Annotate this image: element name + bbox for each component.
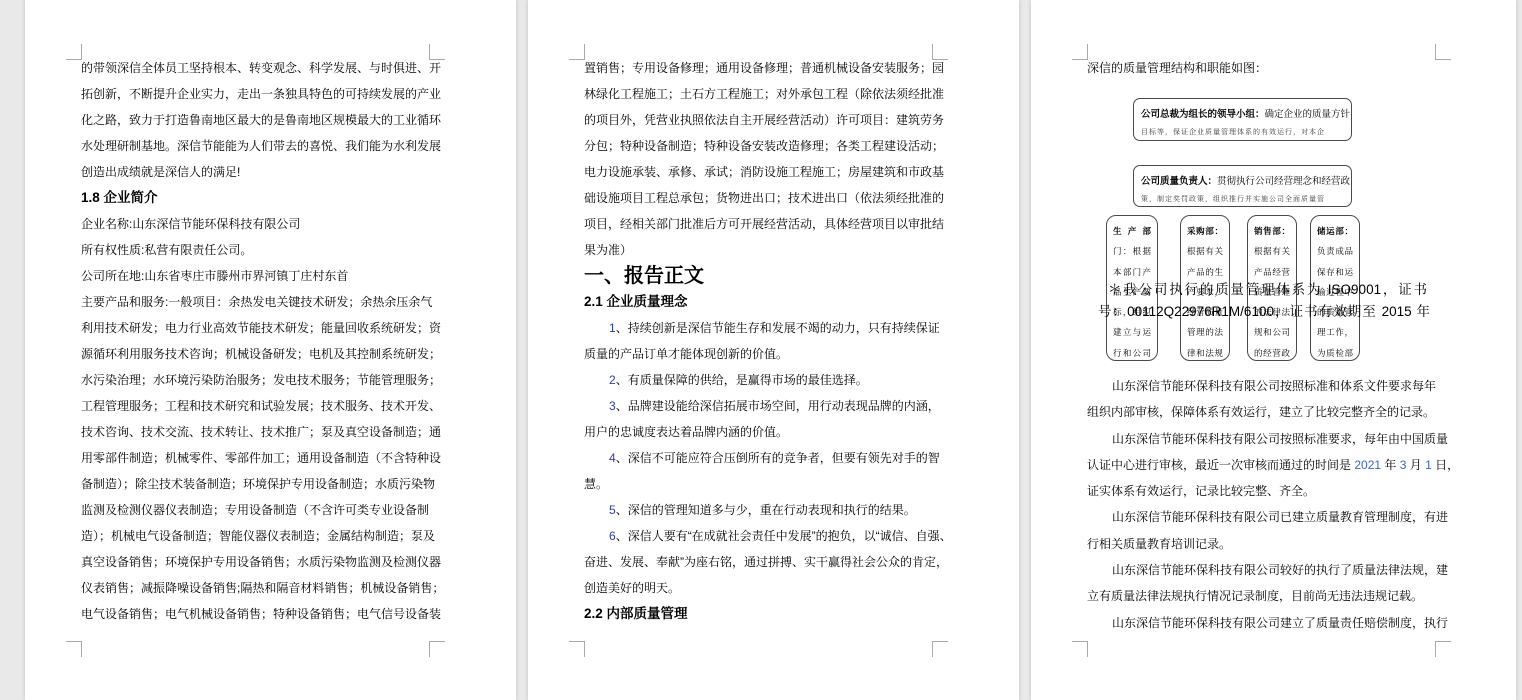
text-line[interactable]: 1.8 企业简介 <box>81 185 429 211</box>
text-line[interactable]: 2、有质量保障的供给，是赢得市场的最佳选择。 <box>584 367 932 393</box>
text-line[interactable]: 水处理研制基地。深信节能能为人们带去的喜悦、我们能为水利发展 <box>81 133 429 159</box>
margin-crop-mark <box>1435 641 1451 657</box>
text-line[interactable]: 质量的产品订单才能体现创新的价值。 <box>584 341 932 367</box>
text-line[interactable]: 创造美好的明天。 <box>584 575 932 601</box>
page-2-text: 置销售；专用设备修理；通用设备修理；普通机械设备安装服务；园林绿化工程施工；土石… <box>584 55 932 627</box>
text-line[interactable]: 3、品牌建设能给深信拓展市场空间，用行动表现品牌的内涵， <box>584 393 932 419</box>
quality-manager-title: 公司质量负责人： <box>1141 177 1217 187</box>
document-page-2[interactable]: 置销售；专用设备修理；通用设备修理；普通机械设备安装服务；园林绿化工程施工；土石… <box>528 0 1019 700</box>
text-line[interactable]: 企业名称:山东深信节能环保科技有限公司 <box>81 211 429 237</box>
text-line[interactable]: 主要产品和服务:一般项目：余热发电关键技术研发；余热余压余气 <box>81 289 429 315</box>
text-line[interactable]: 创造出成绩就是深信人的满足! <box>81 159 429 185</box>
text-segment: 、深信人要有“在成就社会责任中发展”的抱负，以“诚信、自强、 <box>616 529 952 543</box>
text-line[interactable]: 4、深信不可能应符合压倒所有的竞争者，但要有领先对手的智 <box>584 445 932 471</box>
text-segment: 月 <box>1406 458 1425 472</box>
margin-crop-mark <box>429 44 445 60</box>
text-line[interactable]: 组织内部审核，保障体系有效运行，建立了比较完整齐全的记录。 <box>1087 399 1435 425</box>
document-page-3[interactable]: 深信的质量管理结构和职能如图： 公司总裁为组长的领导小组：确定企业的质量方针与 … <box>1031 0 1516 700</box>
text-line[interactable]: 山东深信节能环保科技有限公司按照标准要求，每年由中国质量 <box>1087 426 1435 452</box>
text-line[interactable]: 2.2 内部质量管理 <box>584 601 932 627</box>
margin-crop-mark <box>66 44 82 60</box>
text-line[interactable]: 奋进、发展、奉献”为座右铭，通过拼搏、实干赢得社会公众的肯定， <box>584 549 932 575</box>
text-line[interactable]: 行和公司 <box>1113 343 1151 361</box>
text-line[interactable]: 造）；机械电气设备制造；智能仪器仪表制造；金属结构制造；泵及 <box>81 523 429 549</box>
margin-crop-mark <box>66 641 82 657</box>
text-line[interactable]: 所有权性质:私营有限责任公司。 <box>81 237 429 263</box>
text-segment: 日， <box>1432 458 1459 472</box>
diagram-caption[interactable]: 深信的质量管理结构和职能如图： <box>1087 55 1435 81</box>
text-line[interactable]: 分包；特种设备制造；特种设备安装改造修理；各类工程建设活动； <box>584 133 932 159</box>
text-segment: 、深信的管理知道多与少，重在行动表现和执行的结果。 <box>616 503 916 517</box>
margin-crop-mark <box>569 641 585 657</box>
text-line[interactable]: 源循环利用服务技术咨询；机械设备研发；电机及其控制系统研发； <box>81 341 429 367</box>
text-line[interactable]: 拓创新，不断提升企业实力，走出一条独具特色的可持续发展的产业 <box>81 81 429 107</box>
text-segment: 年 <box>1381 458 1400 472</box>
text-line[interactable]: 山东深信节能环保科技有限公司已建立质量教育管理制度，有进 <box>1087 504 1435 530</box>
highlighted-number: 2021 <box>1354 458 1381 472</box>
text-line[interactable]: 的项目外，凭营业执照依法自主开展经营活动）许可项目：建筑劳务 <box>584 107 932 133</box>
margin-crop-mark <box>429 641 445 657</box>
text-segment: 、深信不可能应符合压倒所有的竞争者，但要有领先对手的智 <box>616 451 940 465</box>
text-line[interactable]: 电气设备销售；电气机械设备销售；特种设备销售；电气信号设备装 <box>81 601 429 627</box>
text-line[interactable]: 项目，经相关部门批准后方可开展经营活动，具体经营项目以审批结 <box>584 211 932 237</box>
text-line[interactable]: 管理的法 <box>1187 322 1223 342</box>
text-line[interactable]: 根据有关 <box>1254 241 1290 261</box>
text-segment: 认证中心进行审核，最近一次审核而通过的时间是 <box>1087 458 1354 472</box>
quality-manager-text: 公司质量负责人：贯彻执行公司经营理念和经营政 <box>1134 166 1351 187</box>
highlighted-number: 1 <box>1425 458 1432 472</box>
margin-crop-mark <box>932 44 948 60</box>
margin-crop-mark <box>1435 44 1451 60</box>
text-line[interactable]: 2.1 企业质量理念 <box>584 289 932 315</box>
margin-crop-mark <box>1072 641 1088 657</box>
document-page-1[interactable]: 的带领深信全体员工坚持根本、转变观念、科学发展、与时俱进、开拓创新，不断提升企业… <box>25 0 516 700</box>
text-line[interactable]: 电力设施承装、承修、承试；消防设施工程施工；房屋建筑和市政基 <box>584 159 932 185</box>
quality-manager-box: 公司质量负责人：贯彻执行公司经营理念和经营政 策，制定奖罚政策，组织推行并实施公… <box>1133 165 1352 207</box>
text-line[interactable]: 销售部： <box>1254 221 1290 241</box>
overlay-text-line[interactable]: ＊我公司执行的质量管理体系为 ISO9001，证书 <box>1108 278 1427 298</box>
highlighted-number: 6 <box>609 529 616 543</box>
text-line[interactable]: 生产部 <box>1113 221 1151 241</box>
text-segment: 、有质量保障的供给，是赢得市场的最佳选择。 <box>616 373 868 387</box>
text-line[interactable]: 的带领深信全体员工坚持根本、转变观念、科学发展、与时俱进、开 <box>81 55 429 81</box>
text-line[interactable]: 行相关质量教育培训记录。 <box>1087 531 1435 557</box>
text-line[interactable]: 认证中心进行审核，最近一次审核而通过的时间是 2021 年 3 月 1 日， <box>1087 452 1435 478</box>
text-line[interactable]: 真空设备销售；环境保护专用设备销售；水质污染物监测及检测仪器 <box>81 549 429 575</box>
text-line[interactable]: 根据有关 <box>1187 241 1223 261</box>
text-line[interactable]: 6、深信人要有“在成就社会责任中发展”的抱负，以“诚信、自强、 <box>584 523 932 549</box>
text-line[interactable]: 技术咨询、技术交流、技术转让、技术推广；泵及真空设备制造；通 <box>81 419 429 445</box>
text-line[interactable]: 规和公司 <box>1254 322 1290 342</box>
text-line[interactable]: 果为准） <box>584 237 932 263</box>
leader-group-subtext: 目标等，保证企业质量管理体系的有效运行，对本企 <box>1134 120 1351 137</box>
text-line[interactable]: 储运部： <box>1317 221 1353 241</box>
highlighted-number: 4 <box>609 451 616 465</box>
overlay-text-line[interactable]: 号：00112Q22976R1M/6100，证书有效期至 2015 年 <box>1098 300 1430 320</box>
leader-group-desc: 确定企业的质量方针与 <box>1265 110 1352 120</box>
text-line[interactable]: 律和法规 <box>1187 343 1223 361</box>
text-line[interactable]: 化之路，致力于打造鲁南地区最大的是鲁南地区规模最大的工业循环 <box>81 107 429 133</box>
highlighted-number: 5 <box>609 503 616 517</box>
text-line[interactable]: 山东深信节能环保科技有限公司较好的执行了质量法律法规，建 <box>1087 557 1435 583</box>
text-line[interactable]: 门：根据 <box>1113 241 1151 261</box>
text-line[interactable]: 公司所在地:山东省枣庄市滕州市界河镇丁庄村东首 <box>81 263 429 289</box>
text-line[interactable]: 林绿化工程施工；土石方工程施工；对外承包工程（除依法须经批准 <box>584 81 932 107</box>
text-segment: 、品牌建设能给深信拓展市场空间，用行动表现品牌的内涵， <box>616 399 940 413</box>
text-line[interactable]: 仪表销售；减振降噪设备销售;隔热和隔音材料销售；机械设备销售； <box>81 575 429 601</box>
text-line[interactable]: 监测及检测仪器仪表制造；专用设备制造（不含许可类专业设备制 <box>81 497 429 523</box>
quality-manager-desc: 贯彻执行公司经营理念和经营政 <box>1217 177 1350 187</box>
text-line[interactable]: 用户的忠诚度表达着品牌内涵的价值。 <box>584 419 932 445</box>
page-3-caption-area: 深信的质量管理结构和职能如图： <box>1087 55 1435 81</box>
text-line[interactable]: 置销售；专用设备修理；通用设备修理；普通机械设备安装服务；园 <box>584 55 932 81</box>
text-line[interactable]: 采购部： <box>1187 221 1223 241</box>
text-line[interactable]: 利用技术研发；电力行业高效节能技术研发；能量回收系统研发；资 <box>81 315 429 341</box>
leader-group-text: 公司总裁为组长的领导小组：确定企业的质量方针与 <box>1134 99 1351 120</box>
page-1-text: 的带领深信全体员工坚持根本、转变观念、科学发展、与时俱进、开拓创新，不断提升企业… <box>81 55 429 627</box>
text-line[interactable]: 建立与运 <box>1113 322 1151 342</box>
text-line[interactable]: 用零部件制造；机械零件、零部件加工；通用设备制造（不含特种设 <box>81 445 429 471</box>
text-line[interactable]: 理工作， <box>1317 322 1353 342</box>
highlighted-number: 2 <box>609 373 616 387</box>
text-line[interactable]: 负责成品 <box>1317 241 1353 261</box>
highlighted-number: 1 <box>609 321 616 335</box>
text-line[interactable]: 一、报告正文 <box>584 263 932 289</box>
margin-crop-mark <box>569 44 585 60</box>
text-line[interactable]: 础设施项目工程总承包；货物进出口；技术进出口（依法须经批准的 <box>584 185 932 211</box>
quality-manager-subtext: 策，制定奖罚政策，组织推行并实施公司全面质量管 <box>1134 187 1351 204</box>
text-line[interactable]: 为质检部 <box>1317 343 1353 361</box>
text-line[interactable]: 备制造）；除尘技术装备制造；环境保护专用设备制造；水质污染物 <box>81 471 429 497</box>
text-line[interactable]: 山东深信节能环保科技有限公司建立了质量责任赔偿制度，执行 <box>1087 610 1435 636</box>
leader-group-title: 公司总裁为组长的领导小组： <box>1141 110 1265 120</box>
text-line[interactable]: 工程管理服务；工程和技术研究和试验发展；技术服务、技术开发、 <box>81 393 429 419</box>
margin-crop-mark <box>932 641 948 657</box>
text-segment: 、持续创新是深信节能生存和发展不竭的动力，只有持续保证 <box>616 321 940 335</box>
margin-crop-mark <box>1072 44 1088 60</box>
word-processor-workspace: 的带领深信全体员工坚持根本、转变观念、科学发展、与时俱进、开拓创新，不断提升企业… <box>0 0 1522 700</box>
text-line[interactable]: 山东深信节能环保科技有限公司按照标准和体系文件要求每年 <box>1087 373 1435 399</box>
text-line[interactable]: 立有质量法律法规执行情况记录制度，目前尚无违法违规记载。 <box>1087 583 1435 609</box>
text-line[interactable]: 慧。 <box>584 471 932 497</box>
leader-group-box: 公司总裁为组长的领导小组：确定企业的质量方针与 目标等，保证企业质量管理体系的有… <box>1133 98 1352 141</box>
text-line[interactable]: 水污染治理；水环境污染防治服务；发电技术服务；节能管理服务； <box>81 367 429 393</box>
text-line[interactable]: 1、持续创新是深信节能生存和发展不竭的动力，只有持续保证 <box>584 315 932 341</box>
text-line[interactable]: 5、深信的管理知道多与少，重在行动表现和执行的结果。 <box>584 497 932 523</box>
highlighted-number: 3 <box>609 399 616 413</box>
text-line[interactable]: 的经营政 <box>1254 343 1290 361</box>
text-line[interactable]: 证实体系有效运行，记录比较完整、齐全。 <box>1087 478 1435 504</box>
page-3-text: 山东深信节能环保科技有限公司按照标准和体系文件要求每年组织内部审核，保障体系有效… <box>1087 373 1435 636</box>
